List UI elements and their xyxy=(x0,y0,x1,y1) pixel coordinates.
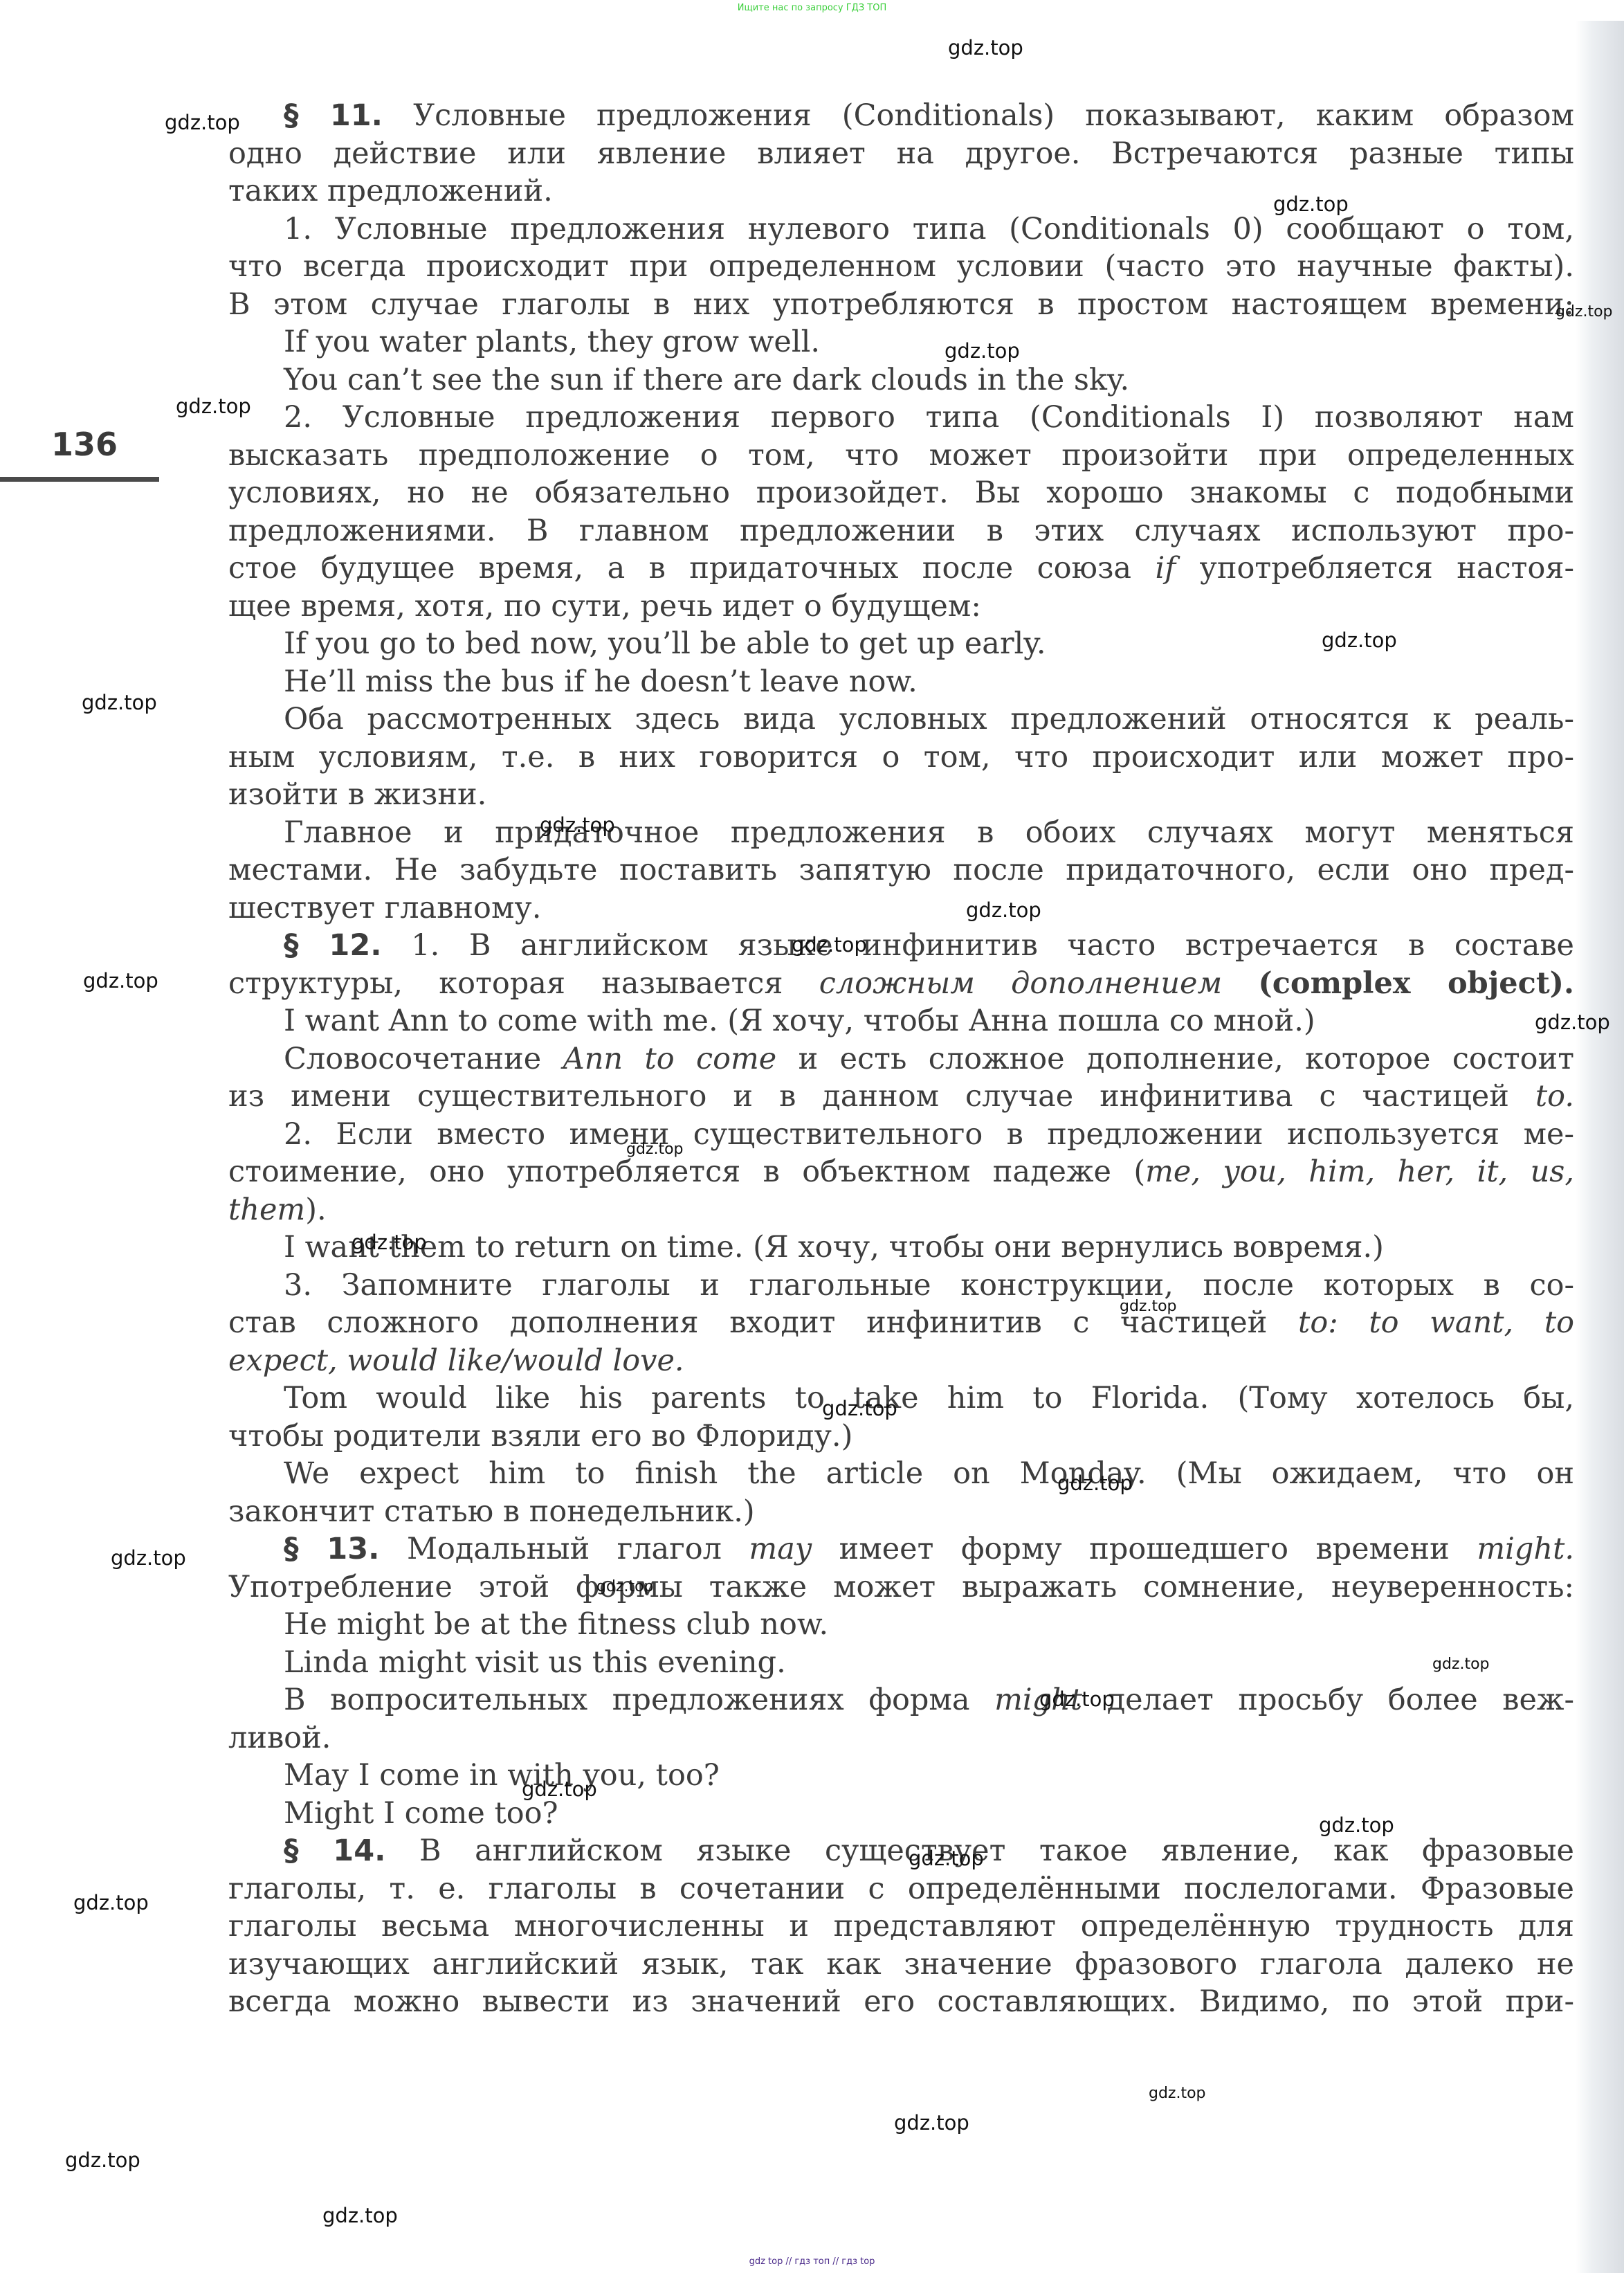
s12-line-5: из имени существительного и в данном слу… xyxy=(228,1078,1574,1116)
watermark[interactable]: gdz.top xyxy=(322,2204,398,2227)
watermark[interactable]: gdz.top xyxy=(83,969,158,993)
s14-line-1: § 14. В английском языке существует тако… xyxy=(228,1832,1574,1870)
term-if: if xyxy=(1155,551,1176,586)
watermark[interactable]: gdz.top xyxy=(1149,2085,1206,2102)
s12-line-8: them). xyxy=(228,1191,1574,1229)
s13-example-2: Linda might visit us this evening. xyxy=(228,1644,1574,1682)
page-number: 136 xyxy=(51,426,118,463)
s12-example-1: I want Ann to come with me. (Я хочу, что… xyxy=(228,1002,1574,1040)
top-banner[interactable]: Ищите нас по запросу ГДЗ ТОП xyxy=(0,3,1624,13)
s12-example-2: I want them to return on time. (Я хочу, … xyxy=(228,1229,1574,1267)
watermark[interactable]: gdz.top xyxy=(522,1777,597,1801)
watermark[interactable]: gdz.top xyxy=(1322,628,1397,652)
watermark[interactable]: gdz.top xyxy=(1039,1687,1115,1711)
s13-line-2: Употребление этой формы также может выра… xyxy=(228,1568,1574,1606)
s11-line-10: высказать предположение о том, что может… xyxy=(228,437,1574,475)
s11-line-2: одно действие или явление влияет на друг… xyxy=(228,135,1574,173)
watermark[interactable]: gdz.top xyxy=(948,36,1023,60)
s12-example-3a: Tom would like his parents to take him t… xyxy=(228,1379,1574,1418)
s12-example-4a: We expect him to finish the article on M… xyxy=(228,1455,1574,1493)
watermark[interactable]: gdz.top xyxy=(111,1546,186,1570)
watermark[interactable]: gdz.top xyxy=(626,1141,684,1158)
term-complex-object: (complex object). xyxy=(1258,966,1574,1001)
s14-line-4: изучающих английский язык, так как значе… xyxy=(228,1946,1574,1984)
s14-line-5: всегда можно вывести из значений его сос… xyxy=(228,1983,1574,2021)
s12-line-10: 3. Запомните глаголы и глагольные констр… xyxy=(228,1267,1574,1305)
page-number-rule xyxy=(0,477,159,482)
s11-example-1: If you water plants, they grow well. xyxy=(228,323,1574,361)
s11-line-12: предложениями. В главном предложении в э… xyxy=(228,512,1574,550)
s14-line-3: глаголы весьма многочисленны и представл… xyxy=(228,1908,1574,1946)
watermark[interactable]: gdz.top xyxy=(1319,1813,1394,1837)
s12-line-11: став сложного дополнения входит инфинити… xyxy=(228,1304,1574,1342)
s11-line-20: Главное и придаточное предложения в обои… xyxy=(228,814,1574,852)
s11-line-4: 1. Условные предложения нулевого типа (C… xyxy=(228,210,1574,248)
s11-line-9: 2. Условные предложения первого типа (Co… xyxy=(228,399,1574,437)
s12-example-3b: чтобы родители взяли его во Флориду.) xyxy=(228,1418,1574,1456)
watermark[interactable]: gdz.top xyxy=(82,691,157,714)
s11-line-22: шествует главному. xyxy=(228,889,1574,927)
s13-line-1: § 13. Модальный глагол may имеет форму п… xyxy=(228,1530,1574,1568)
s11-line-6: В этом случае глаголы в них употребляютс… xyxy=(228,286,1574,324)
s12-line-7: стоимение, оно употребляется в объектном… xyxy=(228,1153,1574,1191)
watermark[interactable]: gdz.top xyxy=(894,2111,969,2135)
s13-line-5: В вопросительных предложениях форма migh… xyxy=(228,1681,1574,1719)
s11-example-4: He’ll miss the bus if he doesn’t leave n… xyxy=(228,663,1574,701)
s11-line-19: изойти в жизни. xyxy=(228,776,1574,814)
page-content: § 11. Условные предложения (Conditionals… xyxy=(228,97,1574,2021)
watermark[interactable]: gdz.top xyxy=(945,339,1020,363)
s13-example-1: He might be at the fitness club now. xyxy=(228,1606,1574,1644)
s11-example-2: You can’t see the sun if there are dark … xyxy=(228,361,1574,399)
watermark[interactable]: gdz.top xyxy=(65,2148,140,2172)
watermark[interactable]: gdz.top xyxy=(1555,303,1613,320)
bottom-banner[interactable]: gdz top // гдз топ // гдз top xyxy=(0,2256,1624,2267)
watermark[interactable]: gdz.top xyxy=(176,395,251,418)
watermark[interactable]: gdz.top xyxy=(1432,1656,1490,1673)
s11-line-14: щее время, хотя, по сути, речь идет о бу… xyxy=(228,588,1574,626)
watermark[interactable]: gdz.top xyxy=(1057,1471,1133,1495)
s12-line-1: § 12. 1. В английском языке инфинитив ча… xyxy=(228,927,1574,965)
page-edge-shadow xyxy=(1576,21,1624,2273)
s12-example-4b: закончит статью в понедельник.) xyxy=(228,1493,1574,1531)
term-complex-object-ru: сложным дополнением xyxy=(819,966,1222,1001)
watermark[interactable]: gdz.top xyxy=(596,1578,654,1595)
watermark[interactable]: gdz.top xyxy=(966,898,1041,922)
watermark[interactable]: gdz.top xyxy=(73,1891,149,1914)
s11-line-11: условиях, но не обязательно произойдет. … xyxy=(228,474,1574,512)
section-marker-14: § 14. xyxy=(284,1833,385,1868)
s12-line-12: expect, would like/would love. xyxy=(228,1342,1574,1380)
watermark[interactable]: gdz.top xyxy=(909,1847,984,1870)
s11-line-17: Оба рассмотренных здесь вида условных пр… xyxy=(228,700,1574,739)
watermark[interactable]: gdz.top xyxy=(1120,1298,1177,1315)
s11-line-1: § 11. Условные предложения (Conditionals… xyxy=(228,97,1574,135)
s12-line-6: 2. Если вместо имени существительного в … xyxy=(228,1116,1574,1154)
watermark[interactable]: gdz.top xyxy=(792,933,867,957)
s11-line-21: местами. Не забудьте поставить запятую п… xyxy=(228,851,1574,889)
s11-line-13: стое будущее время, а в придаточных посл… xyxy=(228,550,1574,588)
s11-line-18: ным условиям, т.е. в них говорится о том… xyxy=(228,739,1574,777)
s13-example-3: May I come in with you, too? xyxy=(228,1757,1574,1795)
s12-line-4: Словосочетание Ann to come и есть сложно… xyxy=(228,1040,1574,1078)
watermark[interactable]: gdz.top xyxy=(822,1397,897,1420)
section-marker-13: § 13. xyxy=(284,1532,379,1566)
s11-line-5: что всегда происходит при определенном у… xyxy=(228,248,1574,286)
s11-line-3: таких предложений. xyxy=(228,172,1574,210)
section-marker-11: § 11. xyxy=(284,98,383,133)
s14-line-2: глаголы, т. е. глаголы в сочетании с опр… xyxy=(228,1870,1574,1908)
watermark[interactable]: gdz.top xyxy=(1273,192,1349,216)
section-marker-12: § 12. xyxy=(284,928,382,963)
watermark[interactable]: gdz.top xyxy=(1535,1011,1610,1034)
watermark[interactable]: gdz.top xyxy=(352,1231,427,1254)
watermark[interactable]: gdz.top xyxy=(165,111,240,134)
watermark[interactable]: gdz.top xyxy=(540,813,615,837)
s13-line-6: ливой. xyxy=(228,1719,1574,1757)
s12-line-2: структуры, которая называется сложным до… xyxy=(228,965,1574,1003)
